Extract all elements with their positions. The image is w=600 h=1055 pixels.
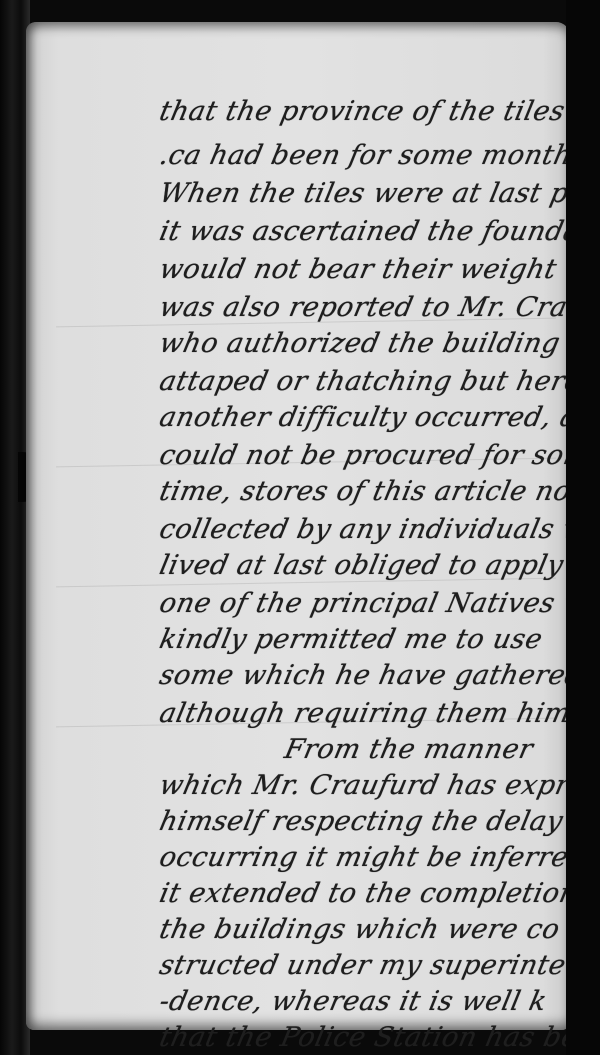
text-line: which Mr. Craufurd has expre [157, 770, 568, 801]
text-line: attaped or thatching but here agai [157, 366, 568, 397]
text-line: occurring it might be inferred t [157, 842, 568, 873]
text-line: could not be procured for some [157, 440, 568, 471]
text-line: kindly permitted me to use [157, 624, 546, 655]
text-line: another difficulty occurred, attap [157, 402, 568, 433]
text-line: himself respecting the delay th [157, 806, 568, 837]
text-line: the buildings which were co [157, 914, 563, 945]
text-line: .ca had been for some months pre [157, 140, 568, 171]
text-line: time, stores of this article not b [157, 476, 568, 507]
text-line: that the province of the tiles at ma [157, 96, 568, 127]
text-line: would not bear their weight wh [157, 254, 568, 285]
page-edge-shadow [566, 0, 600, 1055]
text-line: -dence, whereas it is well k [157, 986, 550, 1017]
text-line: structed under my superinte [157, 950, 568, 981]
text-line: collected by any individuals w [157, 514, 568, 545]
text-line: lived at last obliged to apply to [157, 550, 568, 581]
text-line: who authorized the building to [157, 328, 568, 359]
text-line: although requiring them him [157, 698, 568, 729]
text-line: it was ascertained the foundati [157, 216, 568, 247]
handwritten-text-area: that the province of the tiles at ma .ca… [0, 0, 568, 1055]
text-line: some which he have gathered [157, 660, 568, 691]
text-line-indented: From the manner [282, 734, 536, 765]
text-line: was also reported to Mr. Craufur [157, 292, 568, 323]
text-line: When the tiles were at last pro [157, 178, 568, 209]
text-line: it extended to the completion of [157, 878, 568, 909]
text-line: that the Police Station has bee [157, 1022, 568, 1053]
text-line: one of the principal Natives wh [157, 588, 568, 619]
